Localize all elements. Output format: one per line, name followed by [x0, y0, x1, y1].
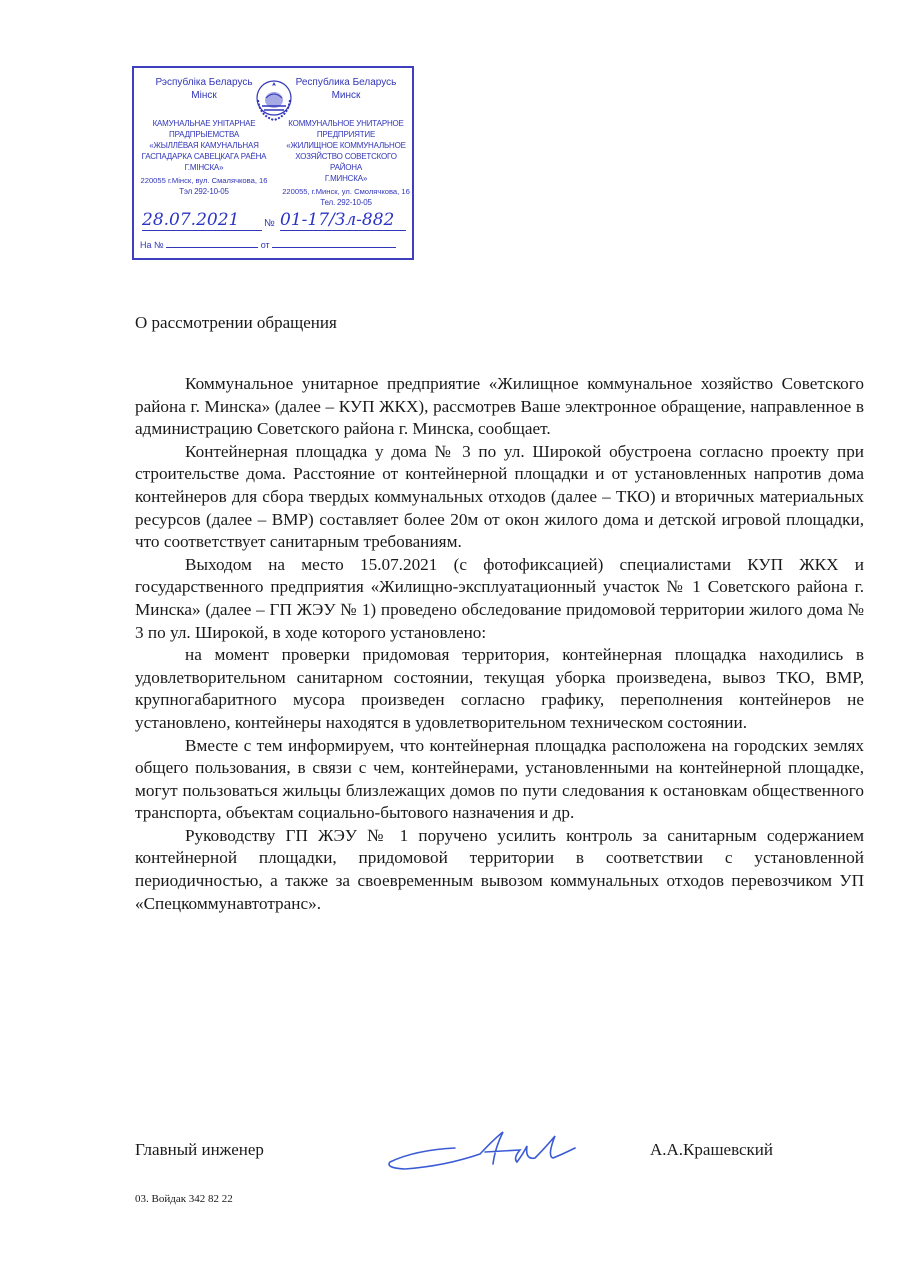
stamp-org-line: КАМУНАЛЬНАЕ УНІТАРНАЕ [138, 118, 270, 129]
stamp-org-line: Г.МИНСКА» [280, 173, 412, 184]
letter-subject: О рассмотрении обращения [135, 313, 337, 333]
stamp-org-line: КОММУНАЛЬНОЕ УНИТАРНОЕ [280, 118, 412, 129]
stamp-reply-row: На № от [140, 238, 396, 250]
stamp-reply-line [166, 238, 258, 248]
stamp-org-line: ХОЗЯЙСТВО СОВЕТСКОГО РАЙОНА [280, 151, 412, 173]
stamp-number-label: № [264, 218, 275, 229]
stamp-number-underline [280, 230, 406, 231]
stamp-belarusian-column: Рэспубліка Беларусь Мінск КАМУНАЛЬНАЕ УН… [138, 76, 270, 197]
stamp-date-underline [142, 230, 262, 231]
stamp-org-line: ГАСПАДАРКА САВЕЦКАГА РАЁНА [138, 151, 270, 162]
paragraph: Руководству ГП ЖЭУ № 1 поручено усилить … [135, 825, 864, 915]
paragraph: Вместе с тем информируем, что контейнерн… [135, 735, 864, 825]
handwritten-signature-icon [385, 1128, 580, 1173]
paragraph: Выходом на место 15.07.2021 (с фотофикса… [135, 554, 864, 644]
stamp-org-line: «ЖЫЛЛЁВАЯ КАМУНАЛЬНАЯ [138, 140, 270, 151]
stamp-country-by: Рэспубліка Беларусь [138, 76, 270, 89]
stamp-org-line: ПРАДПРЫЕМСТВА [138, 129, 270, 140]
stamp-phone-ru: Тел. 292-10-05 [280, 197, 412, 208]
stamp-address-ru: 220055, г.Минск, ул. Смолячкова, 16 [280, 186, 412, 197]
paragraph: Контейнерная площадка у дома № 3 по ул. … [135, 441, 864, 554]
stamp-phone-by: Тэл 292-10-05 [138, 186, 270, 197]
paragraph: на момент проверки придомовая территория… [135, 644, 864, 734]
stamp-city-ru: Минск [280, 89, 412, 102]
stamp-city-by: Мінск [138, 89, 270, 102]
stamp-org-line: ПРЕДПРИЯТИЕ [280, 129, 412, 140]
signatory-title: Главный инженер [135, 1140, 264, 1160]
stamp-from-label: от [261, 240, 270, 250]
stamp-number-handwritten: 01-17/Зл-882 [280, 210, 394, 230]
stamp-org-line: «ЖИЛИЩНОЕ КОММУНАЛЬНОЕ [280, 140, 412, 151]
executor-note: 03. Войдак 342 82 22 [135, 1193, 233, 1205]
registration-stamp: Рэспубліка Беларусь Мінск КАМУНАЛЬНАЕ УН… [132, 66, 414, 260]
stamp-org-line: Г.МІНСКА» [138, 162, 270, 173]
stamp-russian-column: Республика Беларусь Минск КОММУНАЛЬНОЕ У… [280, 76, 412, 208]
stamp-from-line [272, 238, 396, 248]
stamp-reply-label: На № [140, 240, 164, 250]
signatory-name: А.А.Крашевский [650, 1140, 773, 1160]
stamp-date-handwritten: 28.07.2021 [142, 210, 239, 230]
letter-body: Коммунальное унитарное предприятие «Жили… [135, 373, 864, 915]
stamp-address-by: 220055 г.Мінск, вул. Смалячкова, 16 [138, 175, 270, 186]
stamp-country-ru: Республика Беларусь [280, 76, 412, 89]
paragraph: Коммунальное унитарное предприятие «Жили… [135, 373, 864, 441]
